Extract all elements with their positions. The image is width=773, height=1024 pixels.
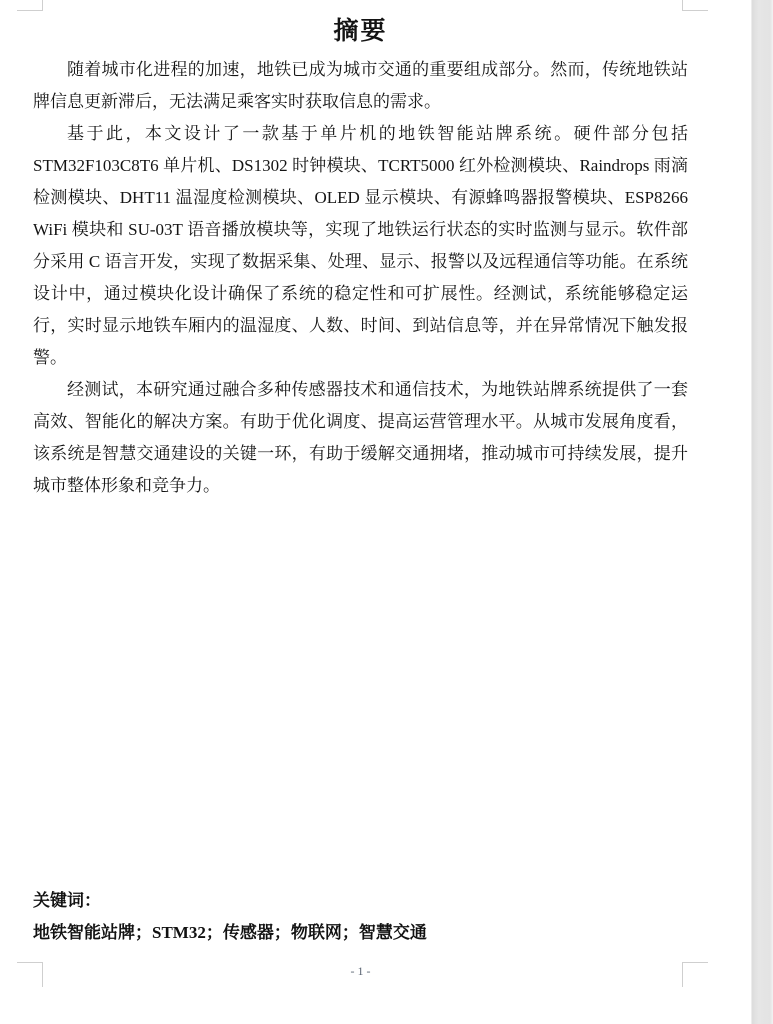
text-boundary-mark-top-left [17, 0, 43, 11]
abstract-paragraph-2: 基于此，本文设计了一款基于单片机的地铁智能站牌系统。硬件部分包括 STM32F1… [33, 118, 688, 374]
abstract-paragraph-3: 经测试，本研究通过融合多种传感器技术和通信技术，为地铁站牌系统提供了一套高效、智… [33, 374, 688, 502]
keywords-label: 关键词： [33, 885, 688, 917]
abstract-body: 随着城市化进程的加速，地铁已成为城市交通的重要组成部分。然而，传统地铁站牌信息更… [33, 54, 688, 502]
scrollbar-track[interactable] [751, 0, 773, 1024]
abstract-title: 摘要 [33, 14, 688, 48]
text-boundary-mark-top-right [682, 0, 708, 11]
abstract-paragraph-1: 随着城市化进程的加速，地铁已成为城市交通的重要组成部分。然而，传统地铁站牌信息更… [33, 54, 688, 118]
keywords-section: 关键词： 地铁智能站牌；STM32；传感器；物联网；智慧交通 [33, 885, 688, 949]
page-number: - 1 - [33, 963, 688, 979]
keywords-list: 地铁智能站牌；STM32；传感器；物联网；智慧交通 [33, 917, 688, 949]
document-page: 摘要 随着城市化进程的加速，地铁已成为城市交通的重要组成部分。然而，传统地铁站牌… [0, 0, 752, 1024]
